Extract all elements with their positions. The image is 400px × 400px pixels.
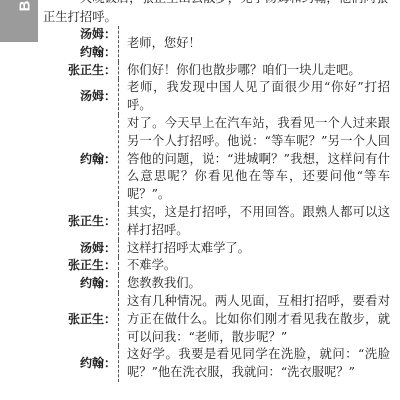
- speaker-name: 汤姆：: [40, 88, 116, 106]
- speech-text: 其实，这是打招呼，不用回答。跟熟人都可以这样打招呼。: [127, 204, 390, 240]
- speaker-name: 张正生：: [40, 213, 116, 231]
- speaker-name: 汤姆：: [40, 26, 116, 44]
- speech-cell: 这样打招呼太难学了。: [118, 240, 390, 258]
- speech-text: 不难学。: [127, 257, 390, 275]
- dialogue-row: 约翰： 您教教我们。: [40, 275, 390, 293]
- speaker-names: 汤姆：: [40, 79, 118, 115]
- speech-cell: 对了。今天早上在汽车站，我看见一个人过来跟另一个人打招呼。他说：“等车呢？”另一…: [118, 115, 390, 204]
- speech-text: 对了。今天早上在汽车站，我看见一个人过来跟另一个人打招呼。他说：“等车呢？”另一…: [127, 115, 390, 204]
- speech-text: 老师，您好！: [127, 35, 390, 53]
- speech-cell: 老师，您好！: [118, 26, 390, 62]
- speaker-name: 张正生：: [40, 257, 116, 275]
- dialogue-row: 张正生： 不难学。: [40, 257, 390, 275]
- dialogue-row: 张正生： 其实，这是打招呼，不用回答。跟熟人都可以这样打招呼。: [40, 204, 390, 240]
- speaker-names: 约翰：: [40, 275, 118, 293]
- narration: 一天晚饭后，张正生出去散步，见了汤姆和约翰，他们向张正生打招呼。: [43, 0, 388, 27]
- speaker-names: 汤姆：约翰：: [40, 26, 118, 62]
- speaker-name: 约翰：: [40, 44, 116, 62]
- speaker-names: 张正生：: [40, 257, 118, 275]
- speech-text: 这样打招呼太难学了。: [127, 240, 390, 258]
- textbook-page: { "page": { "tab_label": "BĀ", "narratio…: [0, 0, 400, 400]
- speech-text: 你们好！你们也散步哪？咱们一块儿走吧。: [127, 62, 390, 80]
- narration-paragraph: 一天晚饭后，张正生出去散步，见了汤姆和约翰，他们向张正生打招呼。: [43, 0, 388, 27]
- lesson-tab-label: BĀ: [16, 0, 33, 11]
- speaker-names: 约翰：: [40, 346, 118, 382]
- dialogue-row: 汤姆：约翰： 老师，您好！: [40, 26, 390, 62]
- speech-text: 这有几种情况。两人见面，互相打招呼，要看对方正在做什么。比如你们刚才看见我在散步…: [127, 293, 390, 346]
- lesson-tab: BĀ: [0, 0, 38, 42]
- speaker-names: 张正生：: [40, 293, 118, 346]
- speaker-name: 张正生：: [40, 311, 116, 329]
- speaker-name: 约翰：: [40, 275, 116, 293]
- speech-text: 这好学。我要是看见同学在洗脸，就问：“洗脸呢？”他在洗衣服，我就问：“洗衣服呢？…: [127, 346, 390, 382]
- speaker-name: 汤姆：: [40, 240, 116, 258]
- speaker-names: 约翰：: [40, 115, 118, 204]
- dialogue-row: 约翰： 这好学。我要是看见同学在洗脸，就问：“洗脸呢？”他在洗衣服，我就问：“洗…: [40, 346, 390, 382]
- speaker-name: 张正生：: [40, 62, 116, 80]
- dialogue-row: 张正生： 你们好！你们也散步哪？咱们一块儿走吧。: [40, 62, 390, 80]
- dialogue-row: 张正生： 这有几种情况。两人见面，互相打招呼，要看对方正在做什么。比如你们刚才看…: [40, 293, 390, 346]
- speaker-names: 张正生：: [40, 62, 118, 80]
- dialogue: 汤姆：约翰： 老师，您好！ 张正生： 你们好！你们也散步哪？咱们一块儿走吧。 汤…: [40, 26, 390, 382]
- speaker-name: 约翰：: [40, 151, 116, 169]
- speech-text: 您教教我们。: [127, 275, 390, 293]
- speech-cell: 其实，这是打招呼，不用回答。跟熟人都可以这样打招呼。: [118, 204, 390, 240]
- speaker-names: 汤姆：: [40, 240, 118, 258]
- speech-text: 老师，我发现中国人见了面很少用“你好”打招呼。: [127, 79, 390, 115]
- dialogue-row: 约翰： 对了。今天早上在汽车站，我看见一个人过来跟另一个人打招呼。他说：“等车呢…: [40, 115, 390, 204]
- speech-cell: 老师，我发现中国人见了面很少用“你好”打招呼。: [118, 79, 390, 115]
- speech-cell: 您教教我们。: [118, 275, 390, 293]
- speaker-names: 张正生：: [40, 204, 118, 240]
- speech-cell: 这有几种情况。两人见面，互相打招呼，要看对方正在做什么。比如你们刚才看见我在散步…: [118, 293, 390, 346]
- speech-cell: 这好学。我要是看见同学在洗脸，就问：“洗脸呢？”他在洗衣服，我就问：“洗衣服呢？…: [118, 346, 390, 382]
- dialogue-row: 汤姆： 老师，我发现中国人见了面很少用“你好”打招呼。: [40, 79, 390, 115]
- speech-cell: 你们好！你们也散步哪？咱们一块儿走吧。: [118, 62, 390, 80]
- dialogue-row: 汤姆： 这样打招呼太难学了。: [40, 240, 390, 258]
- speaker-name: 约翰：: [40, 355, 116, 373]
- speech-cell: 不难学。: [118, 257, 390, 275]
